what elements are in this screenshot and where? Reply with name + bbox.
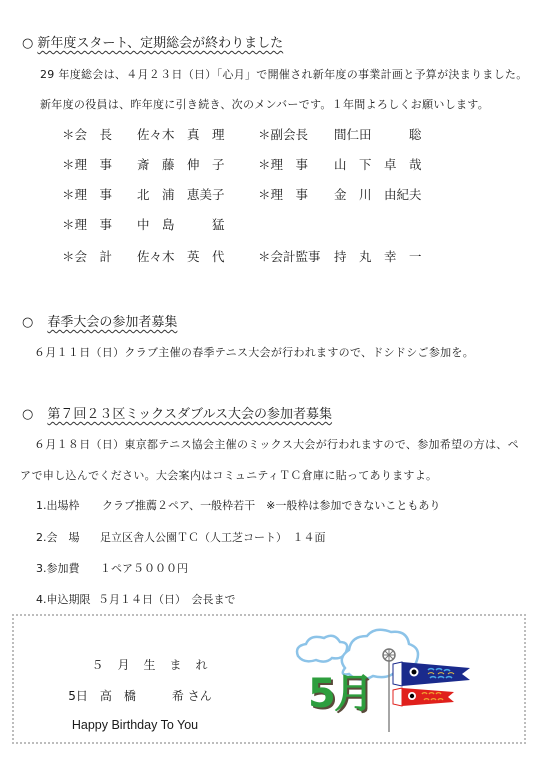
item-label: 2.会 場	[36, 529, 80, 545]
officer-role: ＊会 長	[62, 125, 112, 143]
officer-row: ＊会 長 佐々木 真 理 ＊副会長 間仁田 聡	[62, 125, 442, 143]
circle-marker-icon: ○	[22, 36, 33, 51]
officer-row: ＊理 事 斎 藤 伸 子 ＊理 事 山 下 卓 哉	[62, 155, 442, 173]
officer-name: 中 島 猛	[137, 215, 225, 233]
officer-name: 斎 藤 伸 子	[137, 155, 225, 173]
section-heading-general-meeting: ○新年度スタート、定期総会が終わりました	[22, 32, 283, 51]
officer-row: ＊会 計 佐々木 英 代 ＊会計監事 持 丸 幸 一	[62, 247, 442, 265]
item-value: １ペア５０００円	[100, 560, 188, 576]
officer-row: ＊理 事 中 島 猛	[62, 215, 442, 233]
officer-role: ＊副会長	[258, 125, 308, 143]
paragraph-spring-tournament: ６月１１日（日）クラブ主催の春季テニス大会が行われますので、ドシドシご参加を。	[34, 344, 474, 360]
list-item-venue: 2.会 場 足立区舎人公園ＴＣ（人工芝コート） １４面	[36, 529, 516, 545]
item-value: クラブ推薦２ペア、一般枠若干 ※一般枠は参加できないこともあり	[102, 497, 440, 513]
officer-role: ＊理 事	[258, 185, 308, 203]
officer-name: 佐々木 真 理	[137, 125, 225, 143]
paragraph-meeting-summary: 29 年度総会は、４月２３日（日）「心月」で開催され新年度の事業計画と予算が決ま…	[40, 66, 528, 82]
list-item-entry-slots: 1.出場枠 クラブ推薦２ペア、一般枠若干 ※一般枠は参加できないこともあり	[36, 497, 516, 513]
circle-marker-icon: ○	[22, 407, 33, 422]
paragraph-mixed-doubles-1: ６月１８日（日）東京都テニス協会主催のミックス大会が行われますので、参加希望の方…	[34, 436, 519, 452]
item-label: 3.参加費	[36, 560, 80, 576]
item-label: 1.出場枠	[36, 497, 80, 513]
list-item-deadline: 4.申込期限 ５月１４日（日） 会長まで	[36, 591, 516, 607]
heading-text: 春季大会の参加者募集	[47, 315, 177, 330]
officer-role: ＊理 事	[62, 185, 112, 203]
paragraph-officers-intro: 新年度の役員は、昨年度に引き続き、次のメンバーです。１年間よろしくお願いします。	[40, 96, 489, 112]
item-label: 4.申込期限	[36, 591, 91, 607]
paragraph-mixed-doubles-2: アで申し込んでください。大会案内はコミュニティＴＣ倉庫に貼ってありますよ。	[20, 467, 437, 483]
officer-name: 北 浦 恵美子	[137, 185, 225, 203]
officer-name: 間仁田 聡	[334, 125, 422, 143]
officer-role: ＊会計監事	[258, 247, 321, 265]
officer-role: ＊会 計	[62, 247, 112, 265]
circle-marker-icon: ○	[22, 315, 33, 330]
birthday-person: 5日 高 橋 希 さん	[55, 687, 225, 704]
list-item-fee: 3.参加費 １ペア５０００円	[36, 560, 516, 576]
heading-text: 第７回２３区ミックスダブルス大会の参加者募集	[47, 407, 332, 422]
officer-name: 山 下 卓 哉	[334, 155, 422, 173]
birthday-title: ５ 月 生 ま れ	[80, 656, 220, 673]
officer-role: ＊理 事	[258, 155, 308, 173]
officer-role: ＊理 事	[62, 215, 112, 233]
section-heading-mixed-doubles: ○第７回２３区ミックスダブルス大会の参加者募集	[22, 403, 332, 422]
officer-role: ＊理 事	[62, 155, 112, 173]
heading-text: 新年度スタート、定期総会が終わりました	[37, 36, 283, 51]
item-value: 足立区舎人公園ＴＣ（人工芝コート） １４面	[100, 529, 326, 545]
officer-row: ＊理 事 北 浦 恵美子 ＊理 事 金 川 由紀夫	[62, 185, 442, 203]
may-koinobori-illustration: 5月	[290, 628, 490, 733]
birthday-greeting: Happy Birthday To You	[60, 718, 210, 732]
officer-name: 持 丸 幸 一	[334, 247, 422, 265]
may-label: 5月	[308, 672, 372, 716]
officer-name: 金 川 由紀夫	[334, 185, 422, 203]
officer-name: 佐々木 英 代	[137, 247, 225, 265]
section-heading-spring-tournament: ○春季大会の参加者募集	[22, 311, 177, 330]
item-value: ５月１４日（日） 会長まで	[98, 591, 236, 607]
